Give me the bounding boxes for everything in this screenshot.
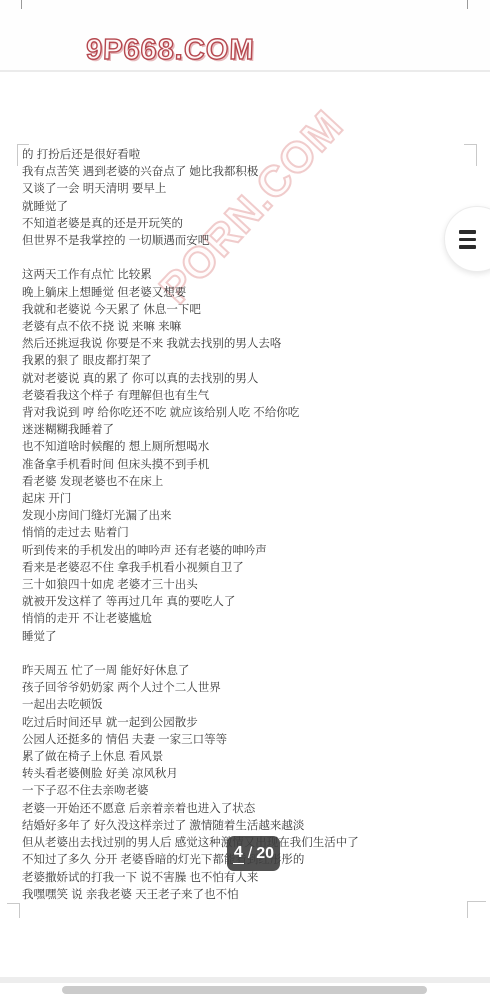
corner-mark: [17, 144, 29, 145]
bottom-divider: [0, 977, 490, 983]
story-line: 晚上躺床上想睡觉 但老婆又想要: [22, 285, 462, 302]
story-line: 悄悄的走开 不让老婆尴尬: [22, 611, 462, 628]
story-paragraph: 的 打扮后还是很好看啦我有点苦笑 遇到老婆的兴奋点了 她比我都积极又谈了一会 明…: [22, 147, 462, 250]
hamburger-menu-icon: [459, 230, 476, 234]
story-line: 我嘿嘿笑 说 亲我老婆 天王老子来了也不怕: [22, 887, 462, 904]
crop-mark-top-right: [467, 0, 468, 9]
story-line: 的 打扮后还是很好看啦: [22, 147, 462, 164]
story-line: 听到传来的手机发出的呻吟声 还有老婆的呻吟声: [22, 543, 462, 560]
story-line: 一起出去吃顿饭: [22, 697, 462, 714]
story-line: 公园人还挺多的 情侣 夫妻 一家三口等等: [22, 732, 462, 749]
story-line: 累了做在椅子上休息 看风景: [22, 749, 462, 766]
story-line: 孩子回爷爷奶奶家 两个人过个二人世界: [22, 680, 462, 697]
hamburger-menu-icon: [459, 245, 476, 249]
story-line: 迷迷糊糊我睡着了: [22, 422, 462, 439]
corner-mark: [19, 903, 20, 918]
story-line: 老婆撒娇试的打我一下 说不害臊 也不怕有人来: [22, 870, 462, 887]
story-line: 但世界不是我掌控的 一切顺遇而安吧: [22, 233, 462, 250]
story-line: 我就和老婆说 今天累了 休息一下吧: [22, 302, 462, 319]
story-line: 睡觉了: [22, 629, 462, 646]
story-line: 看来是老婆忍不住 拿我手机看小视频自卫了: [22, 560, 462, 577]
story-line: 老婆有点不依不挠 说 来嘛 来嘛: [22, 319, 462, 336]
crop-mark-top-left: [21, 0, 22, 9]
story-paragraph: 这两天工作有点忙 比较累晚上躺床上想睡觉 但老婆又想要我就和老婆说 今天累了 休…: [22, 267, 462, 645]
story-line: 就被开发这样了 等再过几年 真的要吃人了: [22, 594, 462, 611]
site-header: 9P668.COM: [0, 0, 490, 72]
story-line: 老婆看我这个样子 有理解但也有生气: [22, 388, 462, 405]
site-logo[interactable]: 9P668.COM: [85, 36, 255, 65]
story-line: 背对我说到 哼 给你吃还不吃 就应该给别人吃 不给你吃: [22, 405, 462, 422]
story-line: 我累的狠了 眼皮都打架了: [22, 353, 462, 370]
story-line: 悄悄的走过去 贴着门: [22, 525, 462, 542]
story-line: 就睡觉了: [22, 199, 462, 216]
story-line: 准备拿手机看时间 但床头摸不到手机: [22, 457, 462, 474]
total-pages: 20: [256, 845, 274, 863]
current-page: 4: [233, 844, 244, 864]
corner-mark: [17, 144, 18, 166]
story-line: 老婆一开始还不愿意 后亲着亲着也进入了状态: [22, 801, 462, 818]
story-line: 我有点苦笑 遇到老婆的兴奋点了 她比我都积极: [22, 164, 462, 181]
page-separator: /: [248, 845, 252, 863]
story-text: 的 打扮后还是很好看啦我有点苦笑 遇到老婆的兴奋点了 她比我都积极又谈了一会 明…: [22, 147, 462, 904]
story-line: 不知道老婆是真的还是开玩笑的: [22, 216, 462, 233]
bottom-scrollbar[interactable]: [62, 986, 427, 994]
story-line: 发现小房间门缝灯光漏了出来: [22, 508, 462, 525]
story-line: 这两天工作有点忙 比较累: [22, 267, 462, 284]
hamburger-menu-icon: [459, 238, 476, 242]
story-line: 就对老婆说 真的累了 你可以真的去找别的男人: [22, 371, 462, 388]
story-line: 转头看老婆侧脸 好美 凉风秋月: [22, 766, 462, 783]
story-line: 一下子忍不住去亲吻老婆: [22, 783, 462, 800]
corner-mark: [467, 901, 468, 918]
corner-mark: [476, 144, 477, 166]
story-line: 昨天周五 忙了一周 能好好休息了: [22, 663, 462, 680]
story-line: 又谈了一会 明天清明 要早上: [22, 181, 462, 198]
story-line: 吃过后时间还早 就一起到公园散步: [22, 715, 462, 732]
page-indicator-badge[interactable]: 4 / 20: [227, 836, 280, 871]
story-line: 三十如狼四十如虎 老婆才三十出头: [22, 577, 462, 594]
reader-screen: 9P668.COM PORN.COM 的 打扮后还是很好看啦我有点苦笑 遇到老婆…: [0, 0, 490, 1000]
story-line: 也不知道啥时候醒的 想上厕所想喝水: [22, 439, 462, 456]
story-line: 结婚好多年了 好久没这样亲过了 激情随着生活越来越淡: [22, 818, 462, 835]
story-line: 看老婆 发现老婆也不在床上: [22, 474, 462, 491]
corner-mark: [467, 901, 486, 902]
story-line: 起床 开门: [22, 491, 462, 508]
story-line: 然后还挑逗我说 你要是不来 我就去找别的男人去咯: [22, 336, 462, 353]
corner-mark: [464, 144, 476, 145]
